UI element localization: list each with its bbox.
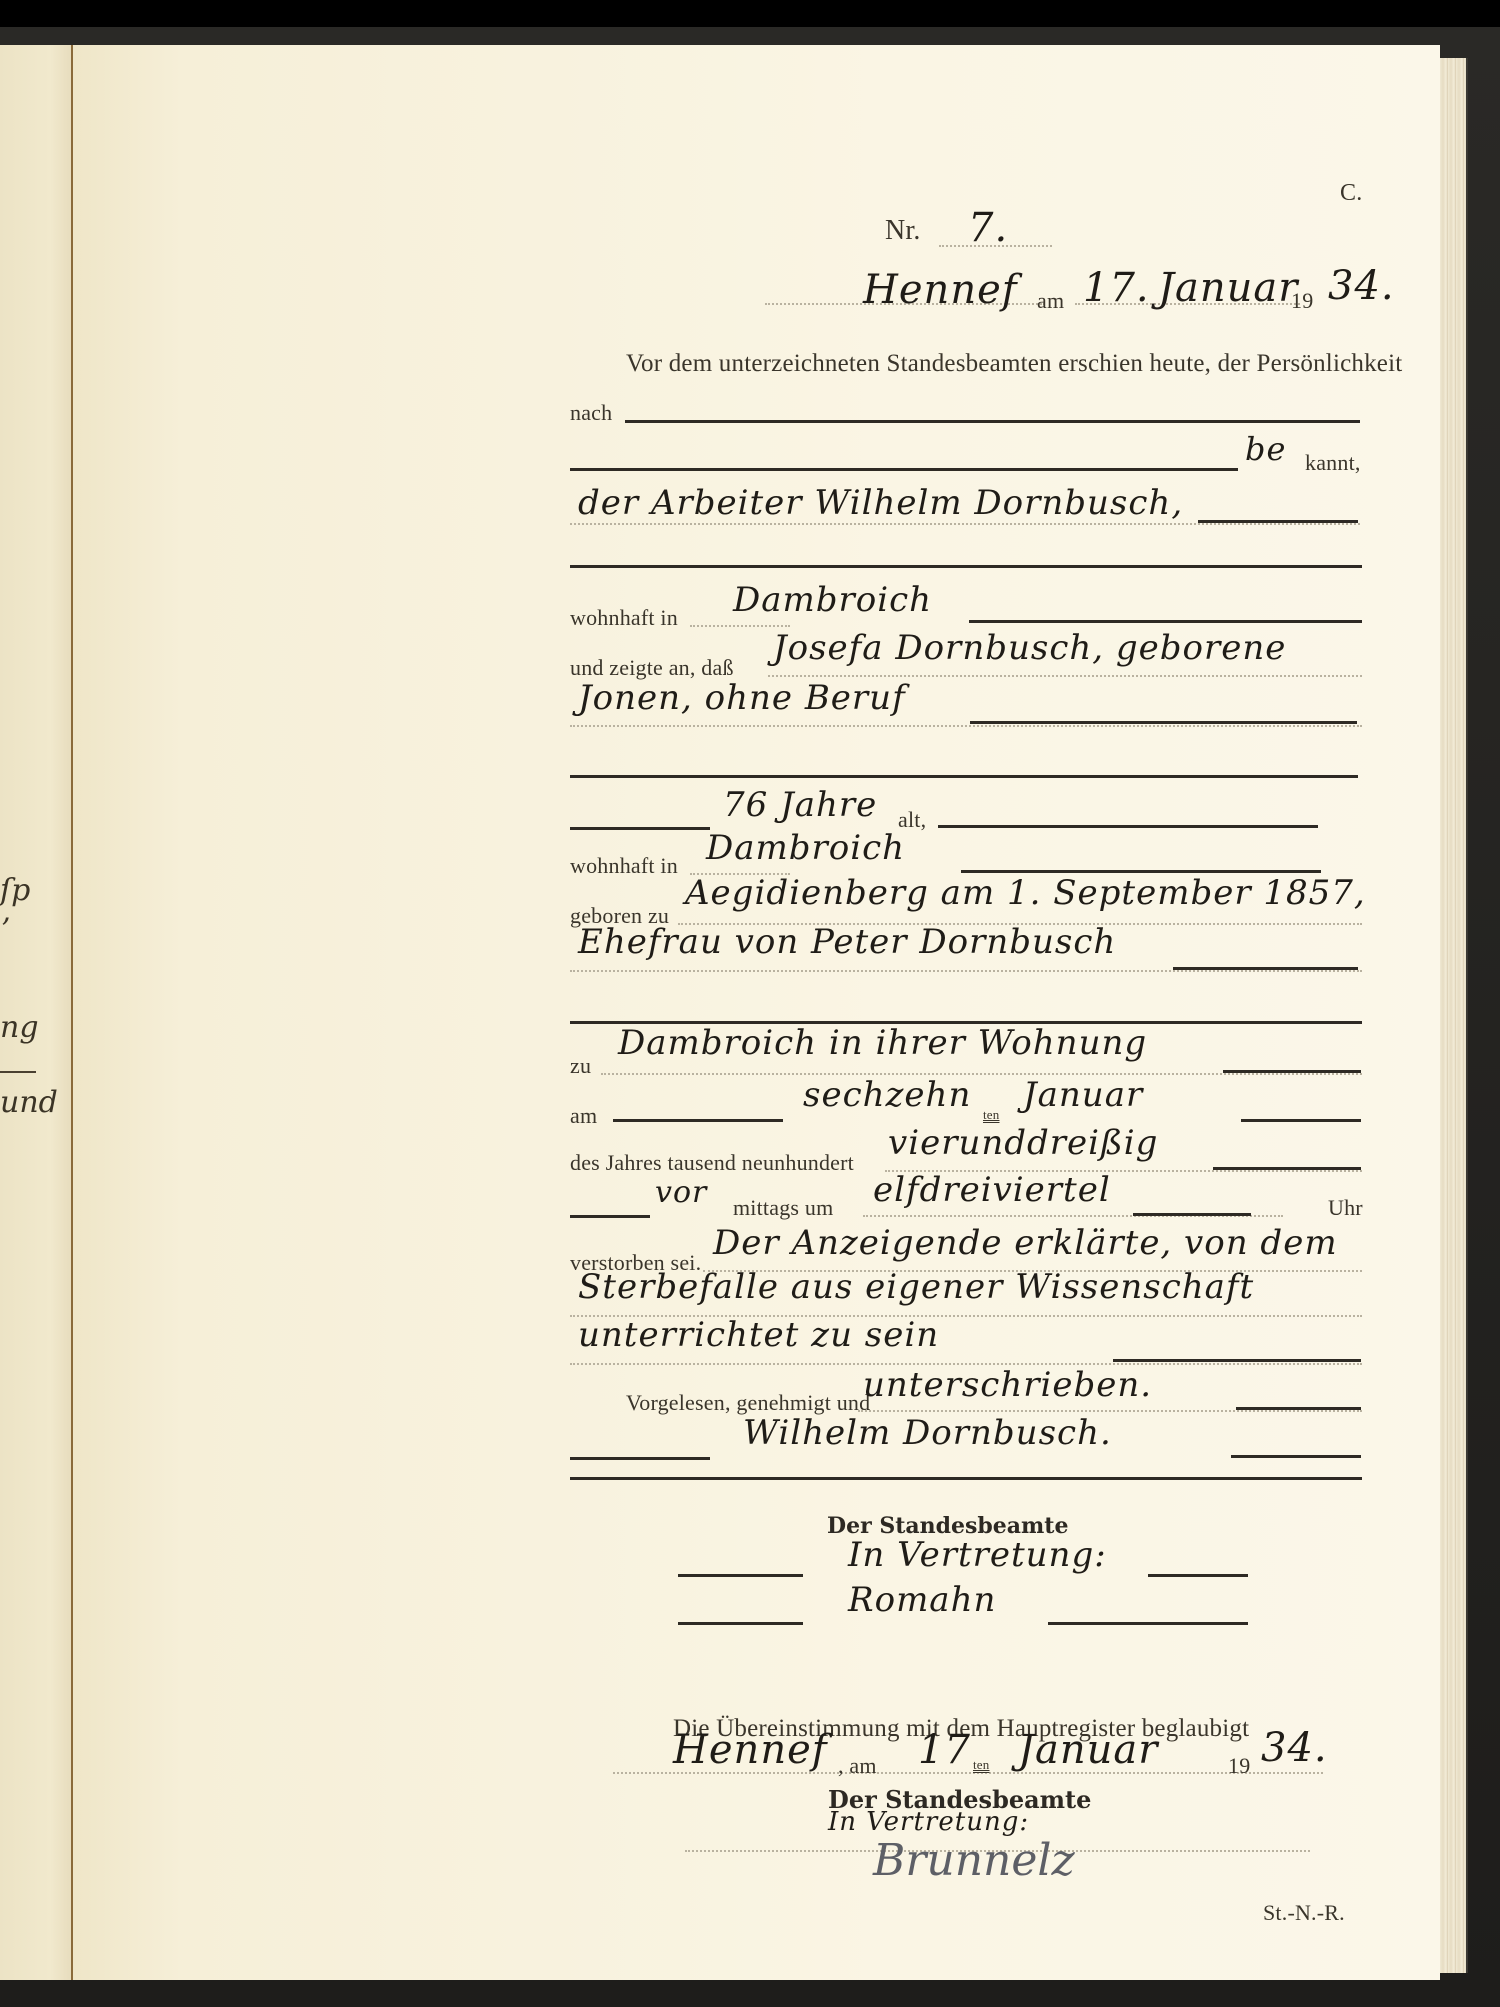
registrar-deputy: In Vertretung: (848, 1535, 1107, 1575)
informant-residence: Dambroich (733, 580, 932, 620)
blank-line (570, 827, 710, 830)
remark-line-1: Der Anzeigende erklärte, von dem (713, 1223, 1338, 1263)
blank-line (1236, 1407, 1361, 1410)
death-day-label: am (570, 1103, 597, 1129)
death-place: Dambroich in ihrer Wohnung (618, 1023, 1147, 1063)
margin-fragment: ng (0, 1010, 39, 1045)
record-number: 7. (968, 205, 1008, 251)
blank-line (970, 721, 1357, 724)
deceased-field-line-2 (570, 725, 1362, 727)
blank-line (1198, 520, 1358, 523)
blank-line (613, 1119, 783, 1122)
blank-line (1133, 1213, 1251, 1216)
informant-field-line (570, 523, 1360, 525)
deceased-residence-label: wohnhaft in (570, 853, 678, 879)
blank-line (678, 1622, 803, 1625)
blank-line (969, 620, 1362, 623)
certification-day-suffix: ten (973, 1757, 989, 1773)
number-label: Nr. (885, 215, 921, 247)
read-value: unterschrieben. (863, 1365, 1152, 1405)
blank-line (570, 1215, 650, 1218)
death-day: sechzehn (803, 1075, 971, 1115)
certification-year-prefix: 19 (1228, 1753, 1250, 1779)
register-page: C. Nr. 7. Hennef am 17. Januar 19 34. Vo… (73, 45, 1440, 1980)
blank-line (1048, 1622, 1248, 1625)
margin-fragment: ʼ (0, 913, 10, 948)
window-title-bar: /Abt_Rheinland/PA_3103/~117/11787/R_PA_3… (0, 0, 1500, 27)
record-month: Januar (1158, 265, 1298, 311)
read-field-line (858, 1410, 1362, 1412)
intro-text: Vor dem unterzeichneten Standesbeamten e… (626, 350, 1402, 378)
blank-line (1241, 1119, 1361, 1122)
blank-line (1223, 1070, 1361, 1073)
margin-fragment: und (0, 1085, 58, 1120)
form-letter: C. (1340, 180, 1362, 207)
born-place-date: Aegidienberg am 1. September 1857, (685, 873, 1366, 913)
death-place-field-line (601, 1073, 1362, 1075)
certification-month: Januar (1018, 1727, 1158, 1773)
date-am-label: am (1037, 288, 1064, 314)
informant-signature: Wilhelm Dornbusch. (743, 1413, 1112, 1453)
previous-page-sliver: ſp ʼ ng und (0, 45, 72, 1980)
blank-line (1113, 1359, 1361, 1362)
page-stack-edges (1440, 58, 1468, 1973)
certification-signature: Brunnelz (873, 1835, 1075, 1886)
deceased-name: Josefa Dornbusch, geborene (773, 628, 1286, 668)
residence-field-line (690, 625, 790, 627)
deceased-age: 76 Jahre (723, 785, 877, 825)
death-place-label: zu (570, 1053, 591, 1079)
form-code: St.-N.-R. (1263, 1900, 1345, 1926)
spouse: Ehefrau von Peter Dornbusch (578, 922, 1116, 962)
certification-year: 34. (1261, 1725, 1328, 1771)
margin-fragment: ſp (0, 873, 30, 908)
blank-line (570, 565, 1362, 568)
record-year: 34. (1328, 263, 1395, 309)
death-year: vierunddreißig (888, 1123, 1158, 1163)
blank-line (570, 468, 1238, 471)
spouse-field-line (570, 970, 1362, 972)
certification-registrar-deputy: In Vertretung: (828, 1807, 1029, 1837)
nach-label: nach (570, 400, 612, 426)
death-time-prefix: vor (655, 1175, 707, 1210)
informant-residence-label: wohnhaft in (570, 605, 678, 631)
death-day-suffix: ten (983, 1107, 999, 1123)
margin-rule (0, 1071, 36, 1073)
blank-line (1213, 1167, 1361, 1170)
section-divider (570, 1477, 1362, 1480)
blank-line (570, 775, 1358, 778)
deceased-residence: Dambroich (706, 828, 905, 868)
death-time-unit: Uhr (1328, 1195, 1363, 1221)
record-day: 17. (1083, 265, 1150, 311)
blank-line (1173, 967, 1358, 970)
certification-day: 17 (918, 1727, 971, 1773)
informant-name: der Arbeiter Wilhelm Dornbusch, (578, 483, 1183, 523)
deceased-name-2: Jonen, ohne Beruf (578, 678, 906, 718)
registrar-signature: Romahn (848, 1580, 996, 1620)
certification-am-label: , am (838, 1753, 877, 1779)
remark-line-3: unterrichtet zu sein (578, 1315, 939, 1355)
year-prefix: 19 (1291, 288, 1313, 314)
blank-line (1148, 1574, 1248, 1577)
death-time-label: mittags um (733, 1195, 833, 1221)
death-month: Januar (1023, 1075, 1143, 1115)
blank-line (938, 825, 1318, 828)
deceased-field-line (768, 675, 1362, 677)
blank-line (625, 420, 1360, 423)
death-year-label: des Jahres tausend neunhundert (570, 1150, 854, 1176)
remark-line-2: Sterbefalle aus eigener Wissenschaft (578, 1267, 1254, 1307)
death-time: elfdreiviertel (873, 1170, 1111, 1210)
blank-line (678, 1574, 803, 1577)
certification-place: Hennef (673, 1727, 828, 1773)
bekannt-label: kannt, (1305, 450, 1361, 476)
blank-line (570, 1457, 710, 1460)
bekannt-prefix: be (1245, 430, 1286, 468)
blank-line (1231, 1455, 1361, 1458)
record-place: Hennef (863, 267, 1018, 313)
